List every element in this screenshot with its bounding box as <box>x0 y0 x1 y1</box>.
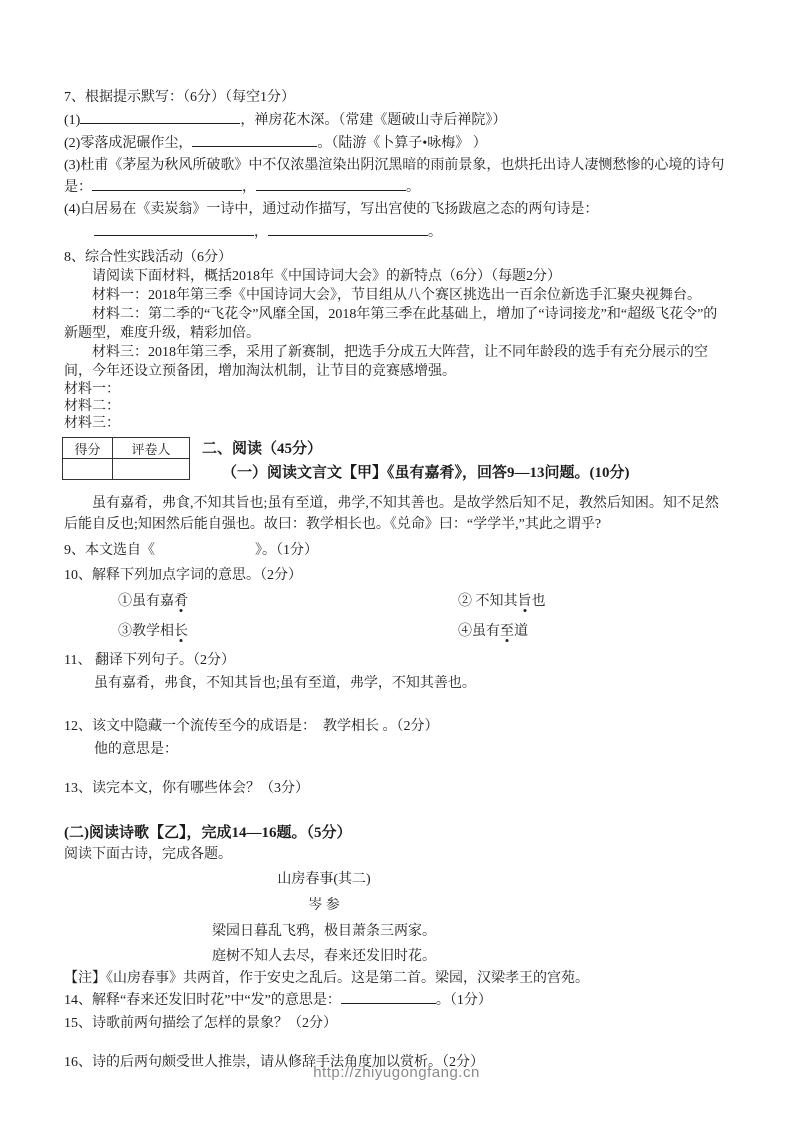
q7-line4-sep: ， <box>254 225 268 240</box>
exam-page: 7、根据提示默写：（6分）（每空1分） (1)，禅房花木深。（常建《题破山寺后禅… <box>0 0 793 1122</box>
q7-line4-end: 。 <box>428 225 442 240</box>
q10-item-4: ④虽有至道 <box>458 619 730 644</box>
q7-title: 7、根据提示默写：（6分）（每空1分） <box>64 86 730 109</box>
q7-line3-sep: ， <box>242 180 256 195</box>
q8-title: 8、综合性实践活动（6分） <box>64 248 730 267</box>
q7-line-4-blanks: ，。 <box>64 221 730 244</box>
dotted-char: 至 <box>500 624 514 639</box>
dotted-char: 长 <box>174 624 188 639</box>
question-13: 13、读完本文，你有哪些体会？（3分） <box>64 777 730 800</box>
q7-line1-pre: (1) <box>64 113 80 128</box>
question-15: 15、诗歌前两句描绘了怎样的景象？（2分） <box>64 1012 730 1035</box>
answer-blank <box>94 221 254 236</box>
q7-line2-pre: (2)零落成泥碾作尘， <box>64 136 192 151</box>
question-12: 12、该文中隐藏一个流传至今的成语是： 教学相长 。（2分） 他的意思是： <box>64 715 730 761</box>
q7-line-3: (3)杜甫《茅屋为秋风所破歌》中不仅浓墨渲染出阴沉黑暗的雨前景象，也烘托出诗人凄… <box>64 155 730 198</box>
q14-post: 。（1分） <box>436 993 492 1008</box>
poem: 山房春事(其二) 岑 参 梁园日暮乱飞鸦，极目萧条三两家。 庭树不知人去尽，春来… <box>64 867 584 969</box>
q10-item-2-pre: ② 不知其 <box>458 594 518 609</box>
q10-item-3: ③教学相长 <box>118 619 458 644</box>
question-8: 8、综合性实践活动（6分） 请阅读下面材料，概括2018年《中国诗词大会》的新特… <box>64 248 730 432</box>
section-2-header-row: 得分 评卷人 二、阅读（45分） （一）阅读文言文【甲】《虽有嘉肴》，回答9—1… <box>64 437 730 485</box>
q10-item-4-pre: ④虽有 <box>458 624 500 639</box>
section-2-title: 二、阅读（45分） <box>202 437 630 461</box>
q7-line1-post: ，禅房花木深。（常建《题破山寺后禅院》） <box>240 113 506 128</box>
q7-line3-end: 。 <box>406 180 420 195</box>
grader-label: 评卷人 <box>113 438 190 459</box>
question-9: 9、本文选自《》。（1分） <box>64 539 730 562</box>
question-10: 10、解释下列加点字词的意思。（2分） ①虽有嘉肴 ② 不知其旨也 ③教学相长 … <box>64 564 730 644</box>
q8-answer-line-3: 材料三： <box>64 415 730 432</box>
q7-line-1: (1)，禅房花木深。（常建《题破山寺后禅院》） <box>64 109 730 132</box>
q14-pre: 14、解释“春来还发旧时花”中“发”的意思是： <box>64 993 341 1008</box>
score-table: 得分 评卷人 <box>62 437 190 480</box>
part-1-title: （一）阅读文言文【甲】《虽有嘉肴》，回答9—13问题。(10分) <box>202 461 630 485</box>
answer-blank <box>341 989 436 1004</box>
answer-blank <box>256 176 406 191</box>
grader-cell-empty <box>113 459 190 480</box>
q7-line-2: (2)零落成泥碾作尘，。（陆游《卜算子•咏梅》 ） <box>64 132 730 155</box>
part-2-intro: 阅读下面古诗，完成各题。 <box>64 844 730 865</box>
q8-answer-line-2: 材料二： <box>64 398 730 415</box>
score-label: 得分 <box>63 438 113 459</box>
exam-content: 7、根据提示默写：（6分）（每空1分） (1)，禅房花木深。（常建《题破山寺后禅… <box>64 86 730 1074</box>
q7-line-4: (4)白居易在《卖炭翁》一诗中，通过动作描写，写出宫使的飞扬跋扈之态的两句诗是： <box>64 198 730 221</box>
q10-title: 10、解释下列加点字词的意思。（2分） <box>64 564 730 587</box>
score-table-empty-row <box>63 459 190 480</box>
q10-item-4-post: 道 <box>514 624 528 639</box>
question-11: 11、 翻译下列句子。（2分） 虽有嘉肴，弗食，不知其旨也;虽有至道，弗学，不知… <box>64 649 730 695</box>
q11-title: 11、 翻译下列句子。（2分） <box>64 649 730 672</box>
q8-material-2: 材料二：第二季的“飞花令”风靡全国，2018年第三季在此基础上，增加了“诗词接龙… <box>64 305 730 343</box>
q7-line2-post: 。（陆游《卜算子•咏梅》 ） <box>317 136 486 151</box>
score-cell-empty <box>63 459 113 480</box>
classical-passage: 虽有嘉肴，弗食,不知其旨也;虽有至道，弗学,不知其善也。是故学然后知不足，教然后… <box>64 493 730 535</box>
q10-items: ①虽有嘉肴 ② 不知其旨也 ③教学相长 ④虽有至道 <box>64 589 730 644</box>
q10-item-2-post: 也 <box>532 594 546 609</box>
q9-pre: 9、本文选自《 <box>64 543 155 558</box>
poem-line-1: 梁园日暮乱飞鸦，极目萧条三两家。 <box>64 919 584 944</box>
answer-blank <box>192 132 317 147</box>
answer-gap <box>155 540 255 554</box>
answer-blank <box>268 221 428 236</box>
q10-item-1-pre: ①虽有嘉 <box>118 594 174 609</box>
q10-item-3-pre: ③教学相 <box>118 624 174 639</box>
q9-post: 》。（1分） <box>255 543 318 558</box>
q12-line-1: 12、该文中隐藏一个流传至今的成语是： 教学相长 。（2分） <box>64 715 730 738</box>
answer-blank <box>92 176 242 191</box>
score-table-header-row: 得分 评卷人 <box>63 438 190 459</box>
question-7: 7、根据提示默写：（6分）（每空1分） (1)，禅房花木深。（常建《题破山寺后禅… <box>64 86 730 244</box>
q12-line-2: 他的意思是： <box>64 738 730 761</box>
poem-title: 山房春事(其二) <box>64 867 584 893</box>
q8-answer-line-1: 材料一： <box>64 381 730 398</box>
dotted-char: 肴 <box>174 594 188 609</box>
poem-note: 【注】《山房春事》共两首，作于安史之乱后。这是第二首。梁园，汉梁孝王的宫苑。 <box>64 969 730 989</box>
q10-item-1: ①虽有嘉肴 <box>118 589 458 614</box>
q10-item-2: ② 不知其旨也 <box>458 589 730 614</box>
poem-line-2: 庭树不知人去尽，春来还发旧时花。 <box>64 944 584 969</box>
dotted-char: 旨 <box>518 594 532 609</box>
poem-author: 岑 参 <box>64 893 584 919</box>
section-2-headings: 二、阅读（45分） （一）阅读文言文【甲】《虽有嘉肴》，回答9—13问题。(10… <box>202 437 630 485</box>
question-14: 14、解释“春来还发旧时花”中“发”的意思是：。（1分） <box>64 989 730 1012</box>
reading-part-1: 虽有嘉肴，弗食,不知其旨也;虽有至道，弗学,不知其善也。是故学然后知不足，教然后… <box>64 493 730 800</box>
part-2-title: (二)阅读诗歌【乙】，完成14—16题。（5分） <box>64 822 730 844</box>
watermark-url: http://zhiyugongfang.cn <box>0 1064 793 1081</box>
answer-blank <box>80 109 240 124</box>
q8-material-3: 材料三：2018年第三季，采用了新赛制，把选手分成五大阵营，让不同年龄段的选手有… <box>64 343 730 381</box>
q8-intro: 请阅读下面材料，概括2018年《中国诗词大会》的新特点（6分）（每题2分） <box>64 267 730 286</box>
q11-sentence: 虽有嘉肴，弗食，不知其旨也;虽有至道，弗学，不知其善也。 <box>64 672 730 695</box>
reading-part-2: (二)阅读诗歌【乙】，完成14—16题。（5分） 阅读下面古诗，完成各题。 山房… <box>64 822 730 1074</box>
q8-material-1: 材料一：2018年第三季《中国诗词大会》，节目组从八个赛区挑选出一百余位新选手汇… <box>64 286 730 305</box>
